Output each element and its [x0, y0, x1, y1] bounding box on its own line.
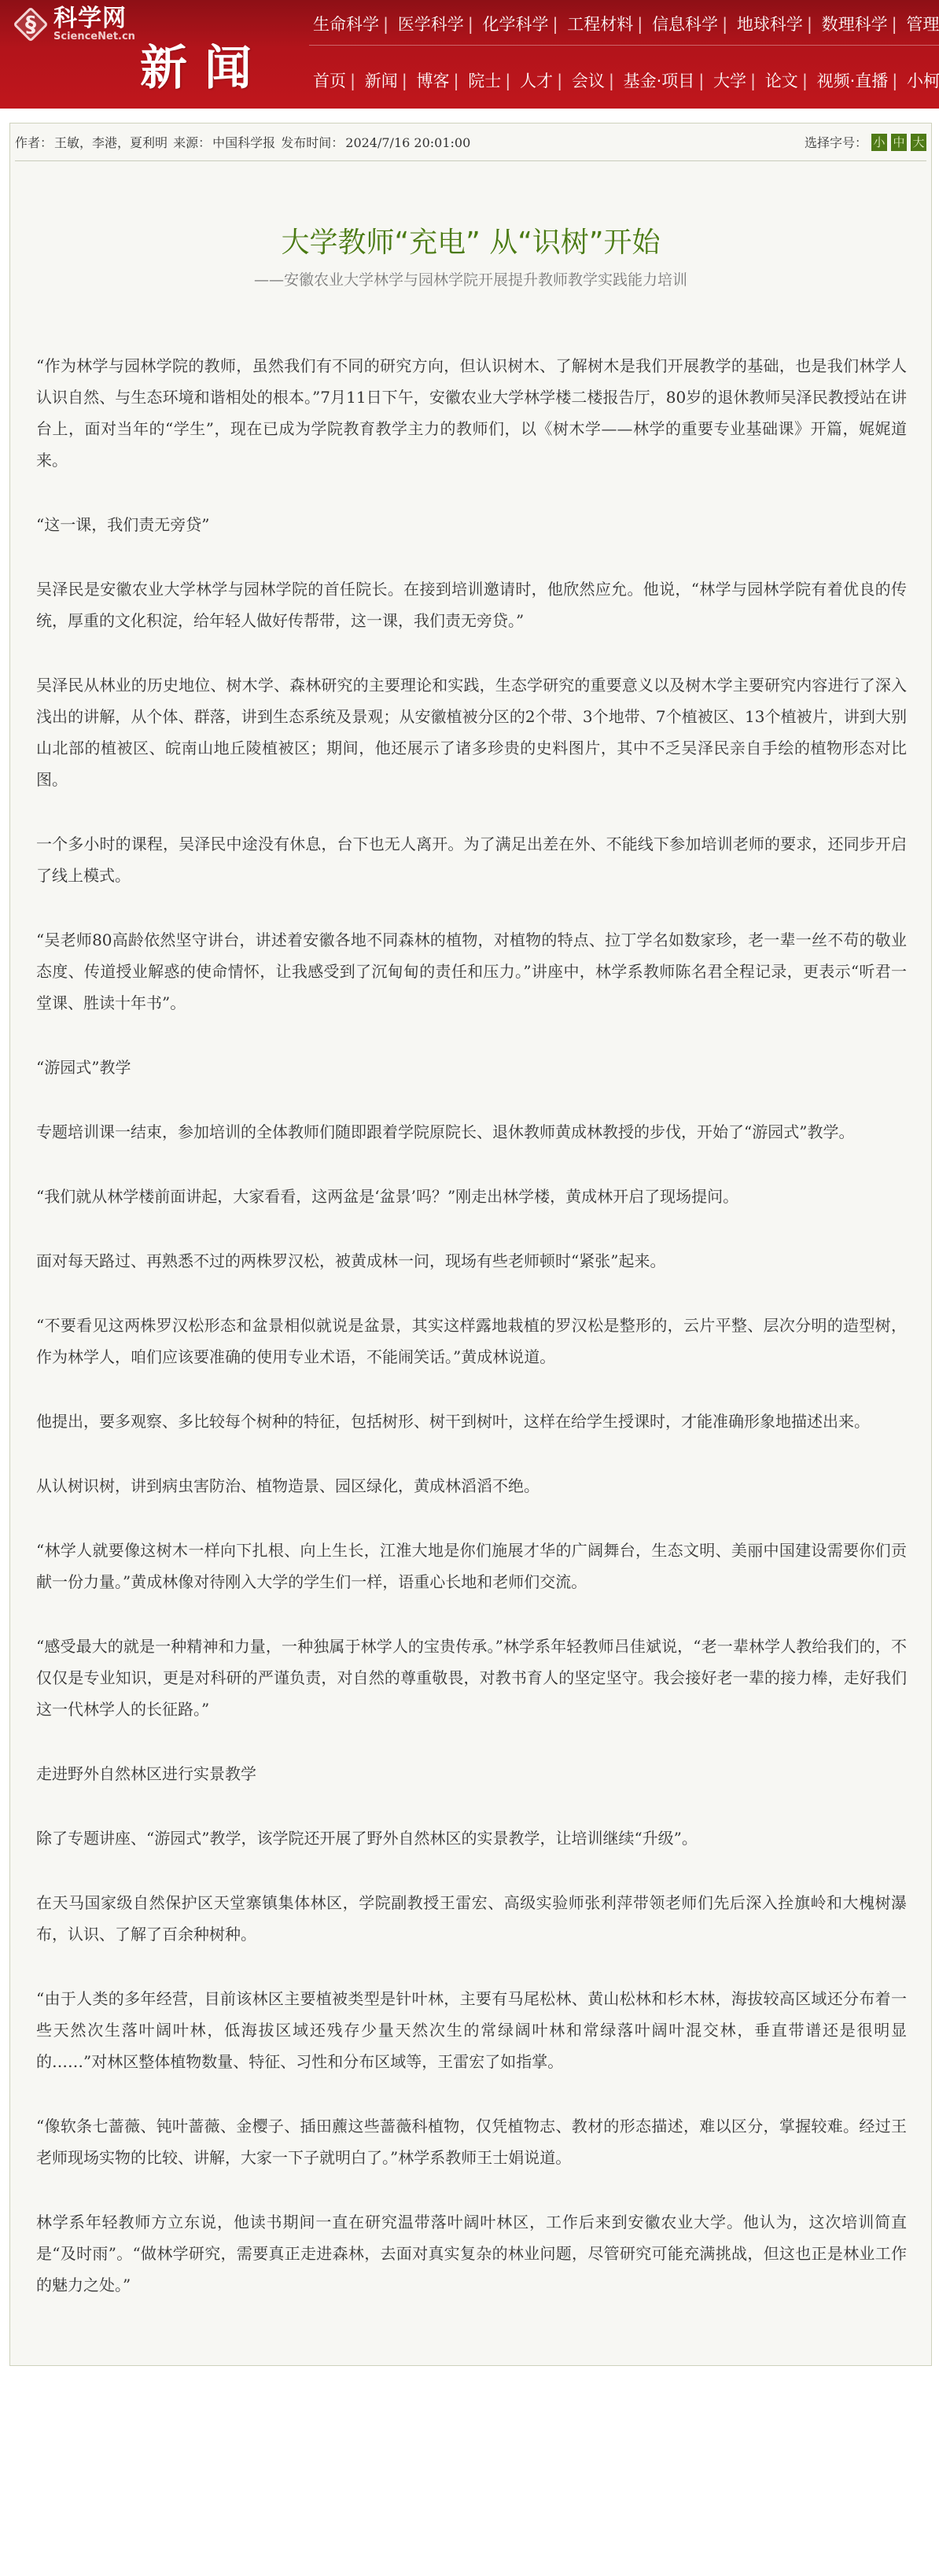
article-paragraph: 除了专题讲座、“游园式”教学，该学院还开展了野外自然林区的实景教学，让培训继续“…: [36, 1822, 907, 1854]
font-size-label: 选择字号：: [805, 133, 867, 151]
section-title: 新闻: [140, 41, 269, 96]
article-paragraph: 吴泽民是安徽农业大学林学与园林学院的首任院长。在接到培训邀请时，他欣然应允。他说…: [36, 573, 907, 636]
nav-divider: [309, 45, 939, 46]
article-paragraph: 一个多小时的课程，吴泽民中途没有休息，台下也无人离开。为了满足出差在外、不能线下…: [36, 828, 907, 891]
article-paragraph: 他提出，要多观察、多比较每个树种的特征，包括树形、树干到树叶，这样在给学生授课时…: [36, 1406, 907, 1437]
nav-link-video-live[interactable]: 视频·直播: [817, 72, 889, 90]
logo-chinese-name: 科学网: [53, 6, 135, 31]
article-container: 作者：王敏，李港，夏利明 来源：中国科学报 发布时间：2024/7/16 20:…: [9, 123, 932, 2366]
article-paragraph: “吴老师80高龄依然坚守讲台，讲述着安徽各地不同森林的植物，对植物的特点、拉丁学…: [36, 924, 907, 1019]
article-subtitle: ——安徽农业大学林学与园林学院开展提升教师教学实践能力培训: [10, 270, 931, 290]
source: 中国科学报: [212, 135, 275, 150]
article-paragraph: 从认树识树，讲到病虫害防治、植物造景、园区绿化，黄成林滔滔不绝。: [36, 1470, 907, 1502]
section-heading: “游园式”教学: [36, 1052, 907, 1083]
nav-link-life-science[interactable]: 生命科学: [313, 15, 379, 34]
section-heading: 走进野外自然林区进行实景教学: [36, 1758, 907, 1789]
nav-link-conferences[interactable]: 会议: [572, 72, 605, 90]
article-byline: 作者：王敏，李港，夏利明 来源：中国科学报 发布时间：2024/7/16 20:…: [15, 133, 472, 151]
nav-link-funding-projects[interactable]: 基金·项目: [624, 72, 695, 90]
site-logo[interactable]: § 科学网 ScienceNet.cn: [13, 6, 135, 42]
article-paragraph: 专题培训课一结束，参加培训的全体教师们随即跟着学院原院长、退休教师黄成林教授的步…: [36, 1116, 907, 1148]
published-label: 发布时间：: [281, 135, 344, 150]
article-paragraph: 面对每天路过、再熟悉不过的两株罗汉松，被黄成林一问，现场有些老师顿时“紧张”起来…: [36, 1245, 907, 1277]
font-size-small-button[interactable]: 小: [871, 134, 887, 151]
article-paragraph: “作为林学与园林学院的教师，虽然我们有不同的研究方向，但认识树木、了解树木是我们…: [36, 350, 907, 476]
nav-link-blog[interactable]: 博客: [417, 72, 450, 90]
nav-link-xiaoke[interactable]: 小柯机: [907, 72, 939, 90]
article-paragraph: “我们就从林学楼前面讲起，大家看看，这两盆是‘盆景’吗？”刚走出林学楼，黄成林开…: [36, 1181, 907, 1212]
article-paragraph: 吴泽民从林业的历史地位、树木学、森林研究的主要理论和实践，生态学研究的重要意义以…: [36, 669, 907, 795]
source-label: 来源：: [173, 135, 211, 150]
article-paragraph: “像软条七蔷薇、钝叶蔷薇、金樱子、插田藨这些蔷薇科植物，仅凭植物志、教材的形态描…: [36, 2110, 907, 2173]
article-paragraph: “感受最大的就是一种精神和力量，一种独属于林学人的宝贵传承。”林学系年轻教师吕佳…: [36, 1631, 907, 1725]
discipline-nav: 生命科学| 医学科学| 化学科学| 工程材料| 信息科学| 地球科学| 数理科学…: [313, 12, 939, 35]
nav-link-news[interactable]: 新闻: [365, 72, 398, 90]
nav-link-management[interactable]: 管理: [906, 15, 939, 34]
nav-link-math-physics[interactable]: 数理科学: [822, 15, 888, 34]
article-body: “作为林学与园林学院的教师，虽然我们有不同的研究方向，但认识树木、了解树木是我们…: [10, 290, 931, 2301]
nav-link-talent[interactable]: 人才: [520, 72, 553, 90]
article-meta: 作者：王敏，李港，夏利明 来源：中国科学报 发布时间：2024/7/16 20:…: [15, 123, 926, 161]
nav-link-home[interactable]: 首页: [313, 72, 346, 90]
font-size-medium-button[interactable]: 中: [891, 134, 907, 151]
published-time: 2024/7/16 20:01:00: [345, 135, 470, 150]
nav-link-academicians[interactable]: 院士: [468, 72, 501, 90]
article-paragraph: “不要看见这两株罗汉松形态和盆景相似就说是盆景，其实这样露地栽植的罗汉松是整形的…: [36, 1310, 907, 1373]
article-paragraph: 林学系年轻教师方立东说，他读书期间一直在研究温带落叶阔叶林区，工作后来到安徽农业…: [36, 2206, 907, 2301]
nav-link-engineering-materials[interactable]: 工程材料: [567, 15, 633, 34]
nav-link-earth-science[interactable]: 地球科学: [737, 15, 803, 34]
font-size-picker: 选择字号： 小 中 大: [805, 133, 926, 151]
article-paragraph: 在天马国家级自然保护区天堂寨镇集体林区，学院副教授王雷宏、高级实验师张利萍带领老…: [36, 1887, 907, 1950]
main-nav: 首页| 新闻| 博客| 院士| 人才| 会议| 基金·项目| 大学| 论文| 视…: [313, 68, 939, 92]
article-paragraph: “林学人就要像这树木一样向下扎根、向上生长，江淮大地是你们施展才华的广阔舞台，生…: [36, 1535, 907, 1598]
font-size-large-button[interactable]: 大: [911, 134, 926, 151]
nav-link-medical-science[interactable]: 医学科学: [398, 15, 464, 34]
article-paragraph: “由于人类的多年经营，目前该林区主要植被类型是针叶林，主要有马尾松林、黄山松林和…: [36, 1983, 907, 2077]
nav-link-universities[interactable]: 大学: [713, 72, 746, 90]
article-title: 大学教师“充电” 从“识树”开始: [10, 226, 931, 260]
section-heading: “这一课，我们责无旁贷”: [36, 509, 907, 540]
sciencenet-logo-icon: §: [13, 6, 49, 42]
authors-label: 作者：: [15, 135, 53, 150]
site-header: § 科学网 ScienceNet.cn 新闻 生命科学| 医学科学| 化学科学|…: [0, 0, 939, 109]
nav-link-papers[interactable]: 论文: [765, 72, 798, 90]
authors: 王敏，李港，夏利明: [54, 135, 168, 150]
nav-link-information-science[interactable]: 信息科学: [652, 15, 718, 34]
logo-english-name: ScienceNet.cn: [53, 31, 135, 42]
nav-link-chemistry[interactable]: 化学科学: [483, 15, 549, 34]
